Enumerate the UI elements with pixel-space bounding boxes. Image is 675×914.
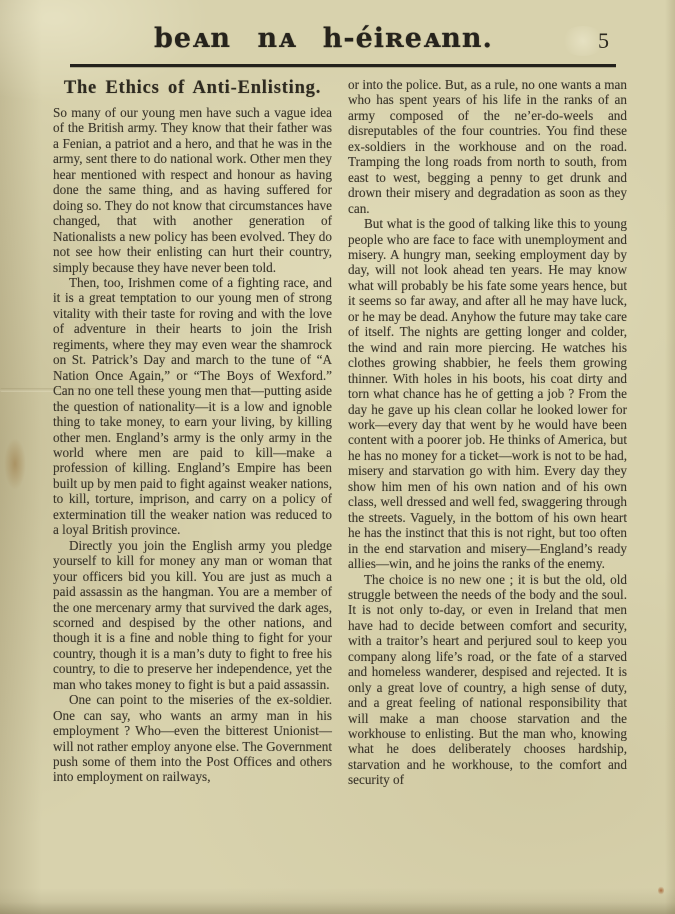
- left-column: The Ethics of Anti-Enlisting. So many of…: [53, 77, 332, 788]
- right-column: or into the police. But, as a rule, no o…: [348, 77, 627, 788]
- left-paragraph-1: So many of our young men have such a vag…: [53, 105, 332, 275]
- left-paragraph-2: Then, too, Irishmen come of a fighting r…: [53, 275, 332, 538]
- article-columns: The Ethics of Anti-Enlisting. So many of…: [53, 77, 627, 788]
- left-paragraph-4: One can point to the miseries of the ex-…: [53, 692, 332, 785]
- right-paragraph-2: But what is the good of talking like thi…: [348, 216, 627, 571]
- journal-title: beᴀn nᴀ h-éiʀeᴀnn.: [70, 24, 577, 54]
- paper-stain-left-edge: [4, 438, 26, 490]
- paper-speck-bottom-right: [658, 886, 664, 895]
- page-number: 5: [598, 28, 609, 54]
- article-title: The Ethics of Anti-Enlisting.: [53, 77, 332, 99]
- right-paragraph-3: The choice is no new one ; it is but the…: [348, 572, 627, 788]
- left-paragraph-3: Directly you join the English army you p…: [53, 538, 332, 693]
- masthead-rule: [70, 64, 616, 67]
- scanned-journal-page: beᴀn nᴀ h-éiʀeᴀnn. 5 The Ethics of Anti-…: [0, 0, 675, 914]
- right-paragraph-1: or into the police. But, as a rule, no o…: [348, 77, 627, 216]
- masthead: beᴀn nᴀ h-éiʀeᴀnn. 5: [70, 24, 617, 58]
